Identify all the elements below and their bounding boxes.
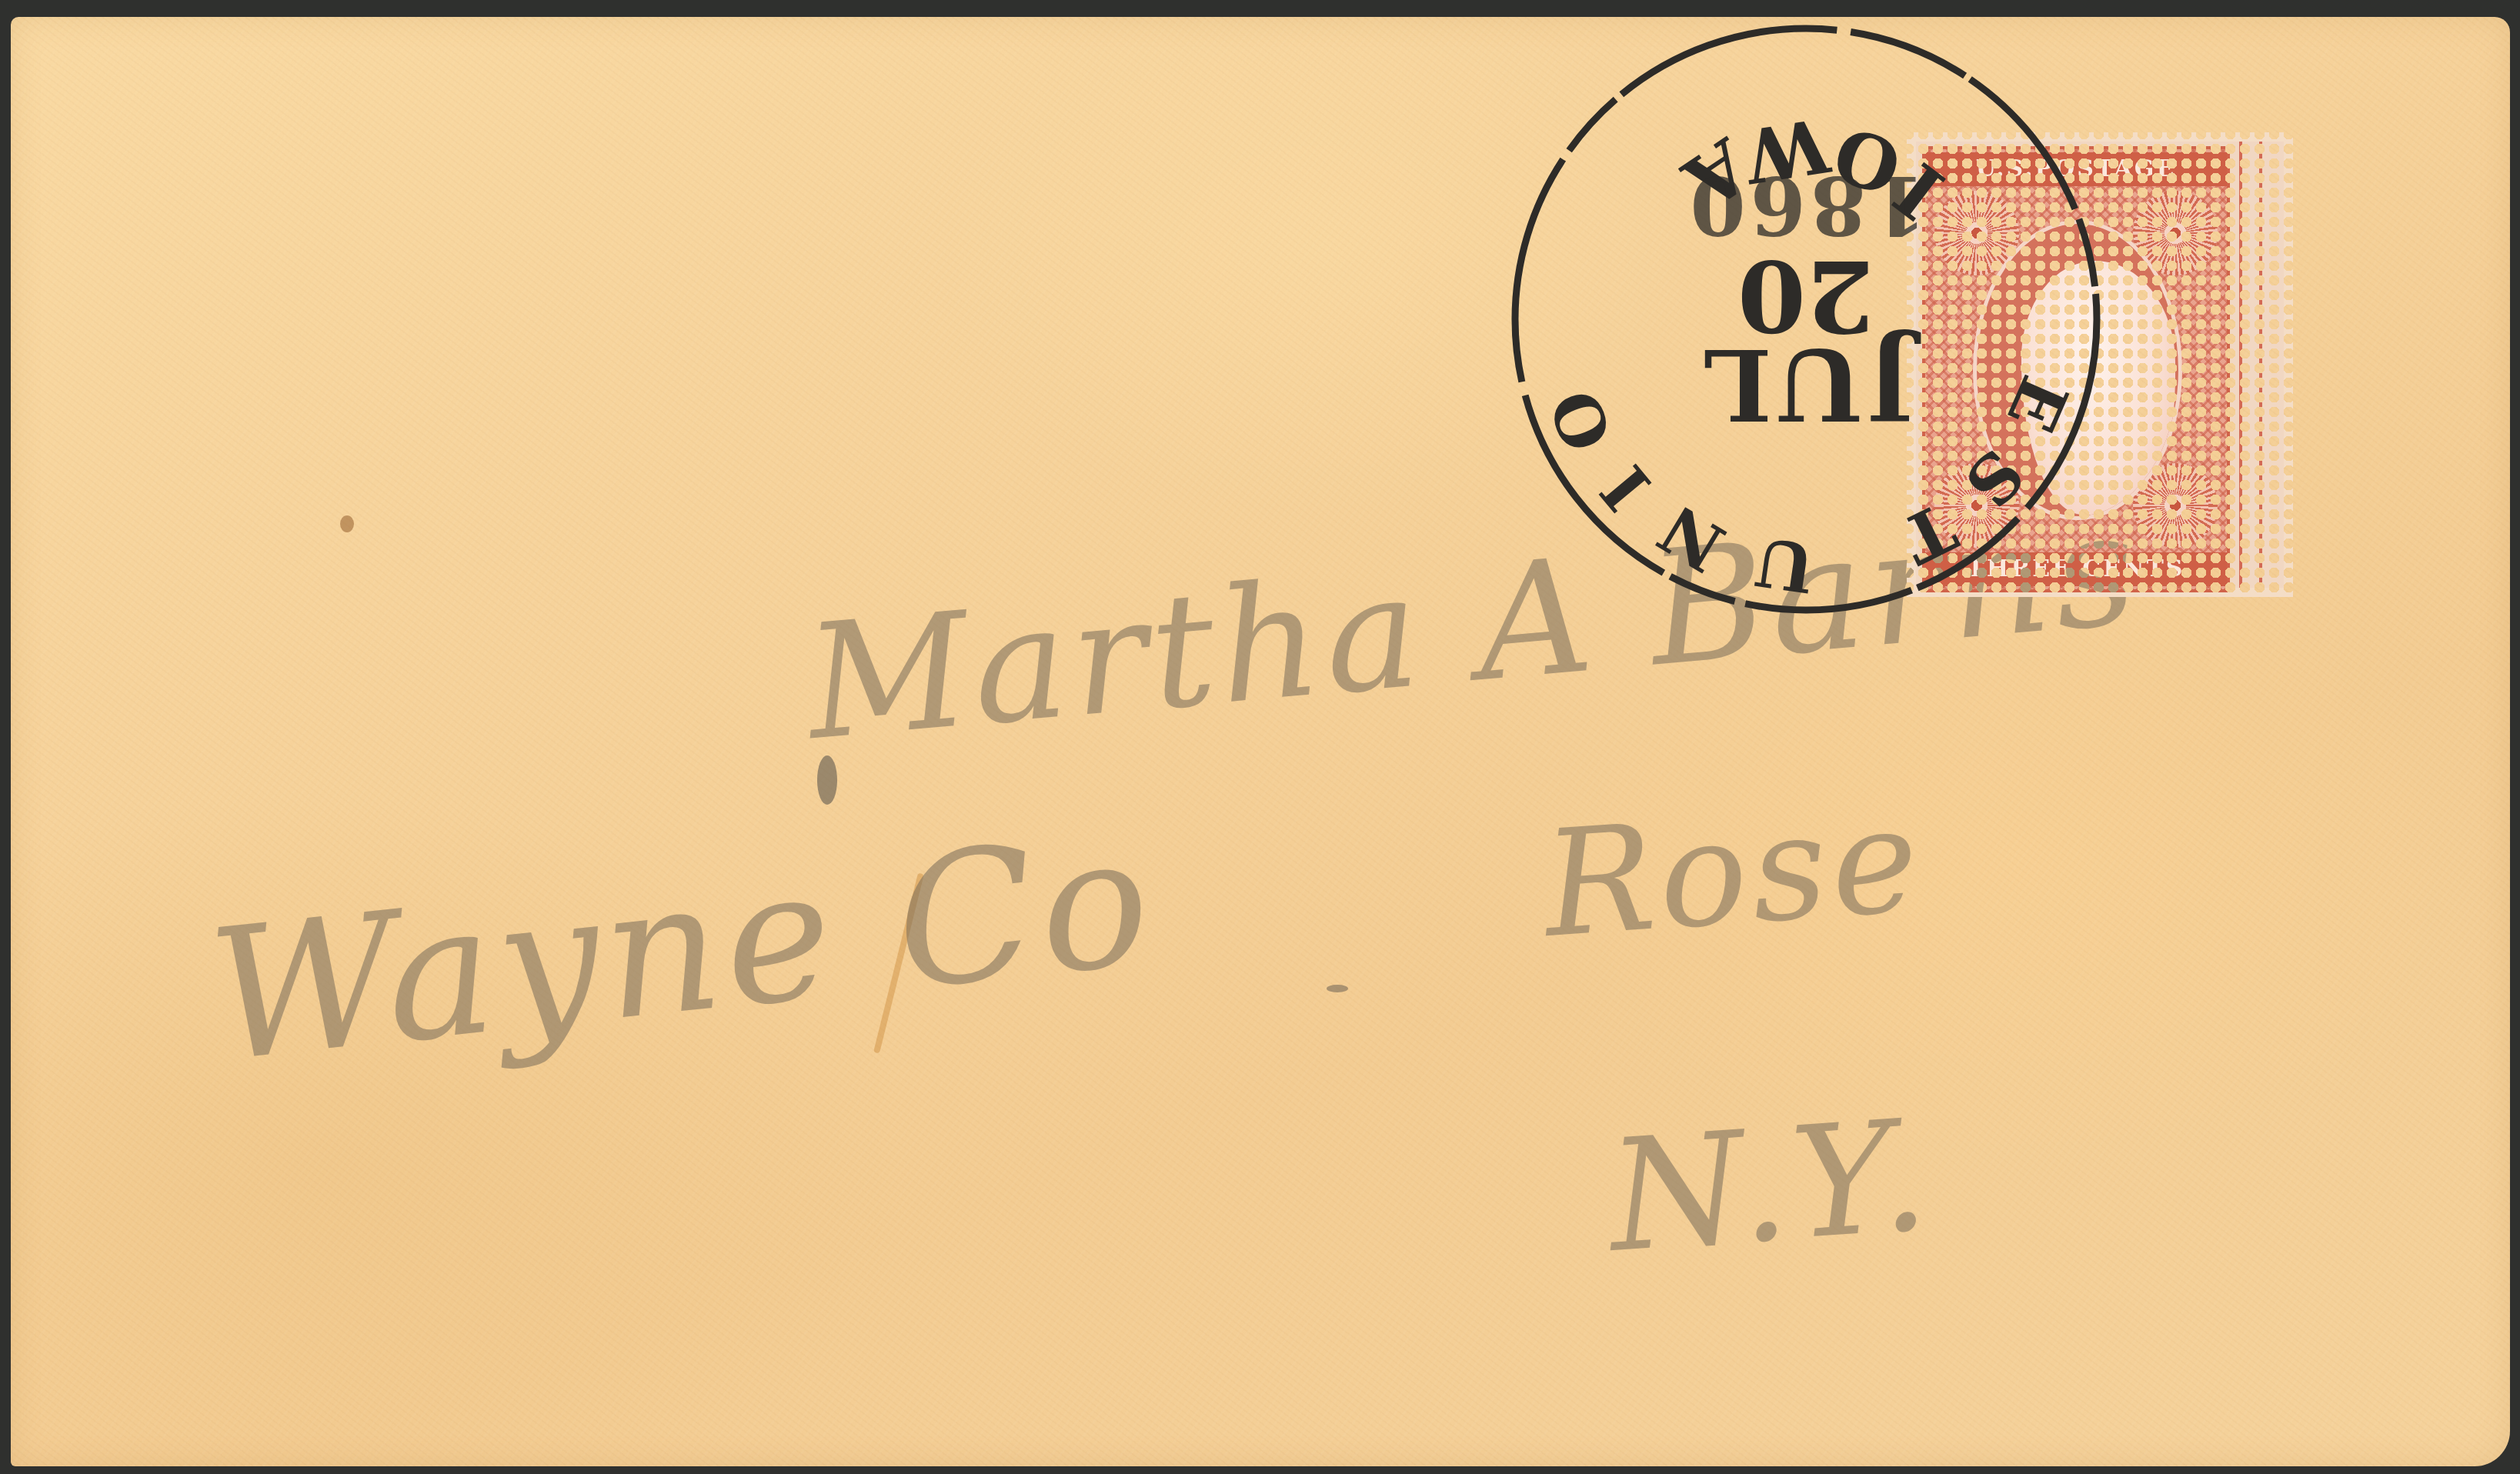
- postage-stamp: U.S.POSTAGE THREE CENTS: [1907, 132, 2293, 597]
- portrait-bust-icon: [2021, 261, 2175, 515]
- selvage-line: [2259, 142, 2262, 588]
- ink-spot: [340, 515, 354, 532]
- recipient-town: Rose: [1539, 774, 1928, 970]
- stamp-top-label: U.S.POSTAGE: [1925, 152, 2227, 186]
- ink-spot: [1327, 985, 1348, 992]
- stamp-bottom-label: THREE CENTS: [1925, 552, 2227, 586]
- selvage-line: [2239, 142, 2242, 588]
- recipient-state: N.Y.: [1604, 1085, 1938, 1287]
- stamp-design: U.S.POSTAGE THREE CENTS: [1922, 146, 2230, 592]
- portrait-oval: [1973, 220, 2182, 520]
- stamp-paper: U.S.POSTAGE THREE CENTS: [1916, 142, 2284, 588]
